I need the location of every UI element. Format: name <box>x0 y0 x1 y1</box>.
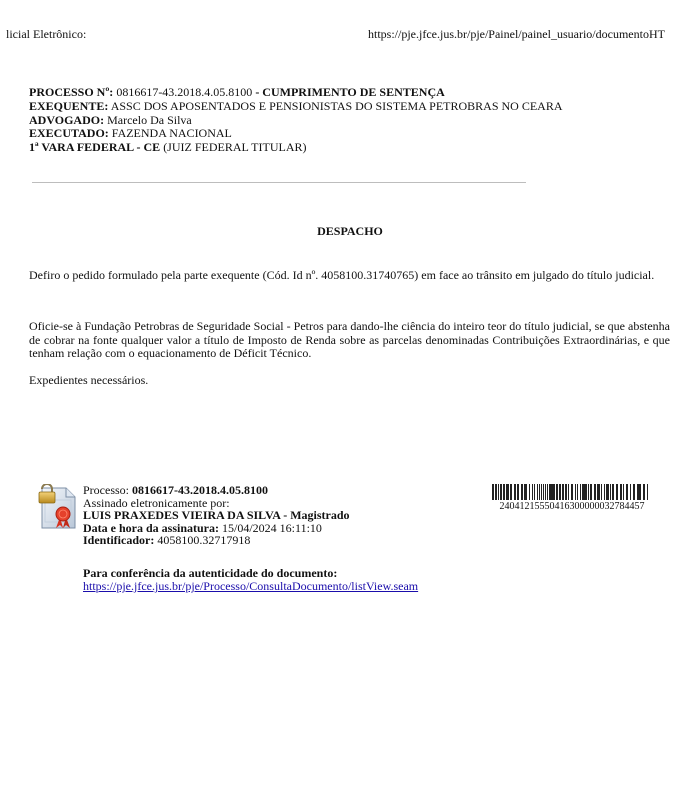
case-header: PROCESSO Nº: 0816617-43.2018.4.05.8100 -… <box>29 86 689 155</box>
document-title: DESPACHO <box>0 224 700 239</box>
barcode-icon <box>492 484 650 500</box>
header-separator <box>32 182 526 183</box>
barcode: 24041215550416300000032784457 <box>492 484 652 512</box>
processo-number: 0816617-43.2018.4.05.8100 <box>113 85 255 99</box>
verify-link[interactable]: https://pje.jfce.jus.br/pje/Processo/Con… <box>83 579 418 593</box>
barcode-gap <box>648 484 649 500</box>
print-header-title: licial Eletrônico: <box>6 27 86 42</box>
verify-label: Para conferência da autenticidade do doc… <box>83 566 337 580</box>
processo-class: - CUMPRIMENTO DE SENTENÇA <box>255 85 444 99</box>
print-header-url: https://pje.jfce.jus.br/pje/Painel/paine… <box>368 27 665 42</box>
advogado-value: Marcelo Da Silva <box>104 113 192 127</box>
vara-detail: (JUIZ FEDERAL TITULAR) <box>160 140 306 154</box>
vara-line: 1ª VARA FEDERAL - CE (JUIZ FEDERAL TITUL… <box>29 141 689 155</box>
processo-label: PROCESSO Nº: <box>29 85 113 99</box>
sig-identifier-line: Identificador: 4058100.32717918 <box>83 534 350 547</box>
paragraph-1: Defiro o pedido formulado pela parte exe… <box>29 269 670 283</box>
sig-identifier-label: Identificador: <box>83 533 154 547</box>
exequente-line: EXEQUENTE: ASSC DOS APOSENTADOS E PENSIO… <box>29 100 689 114</box>
sig-processo-line: Processo: 0816617-43.2018.4.05.8100 <box>83 484 350 497</box>
exequente-label: EXEQUENTE: <box>29 99 108 113</box>
executado-line: EXECUTADO: FAZENDA NACIONAL <box>29 127 689 141</box>
processo-line: PROCESSO Nº: 0816617-43.2018.4.05.8100 -… <box>29 86 689 100</box>
sig-identifier: 4058100.32717918 <box>154 533 250 547</box>
advogado-label: ADVOGADO: <box>29 113 104 127</box>
exequente-value: ASSC DOS APOSENTADOS E PENSIONISTAS DO S… <box>108 99 562 113</box>
signature-details: Processo: 0816617-43.2018.4.05.8100 Assi… <box>83 484 350 547</box>
barcode-number: 24041215550416300000032784457 <box>492 501 652 512</box>
verification-block: Para conferência da autenticidade do doc… <box>83 567 418 593</box>
advogado-line: ADVOGADO: Marcelo Da Silva <box>29 114 689 128</box>
executado-value: FAZENDA NACIONAL <box>109 126 232 140</box>
vara-label: 1ª VARA FEDERAL - CE <box>29 140 160 154</box>
sig-processo-label: Processo: <box>83 483 132 497</box>
sig-processo-number: 0816617-43.2018.4.05.8100 <box>132 483 268 497</box>
executado-label: EXECUTADO: <box>29 126 109 140</box>
paragraph-2: Oficie-se à Fundação Petrobras de Seguri… <box>29 320 670 361</box>
certificate-lock-icon <box>38 484 78 530</box>
paragraph-3: Expedientes necessários. <box>29 374 670 388</box>
print-header: licial Eletrônico: https://pje.jfce.jus.… <box>0 27 700 43</box>
